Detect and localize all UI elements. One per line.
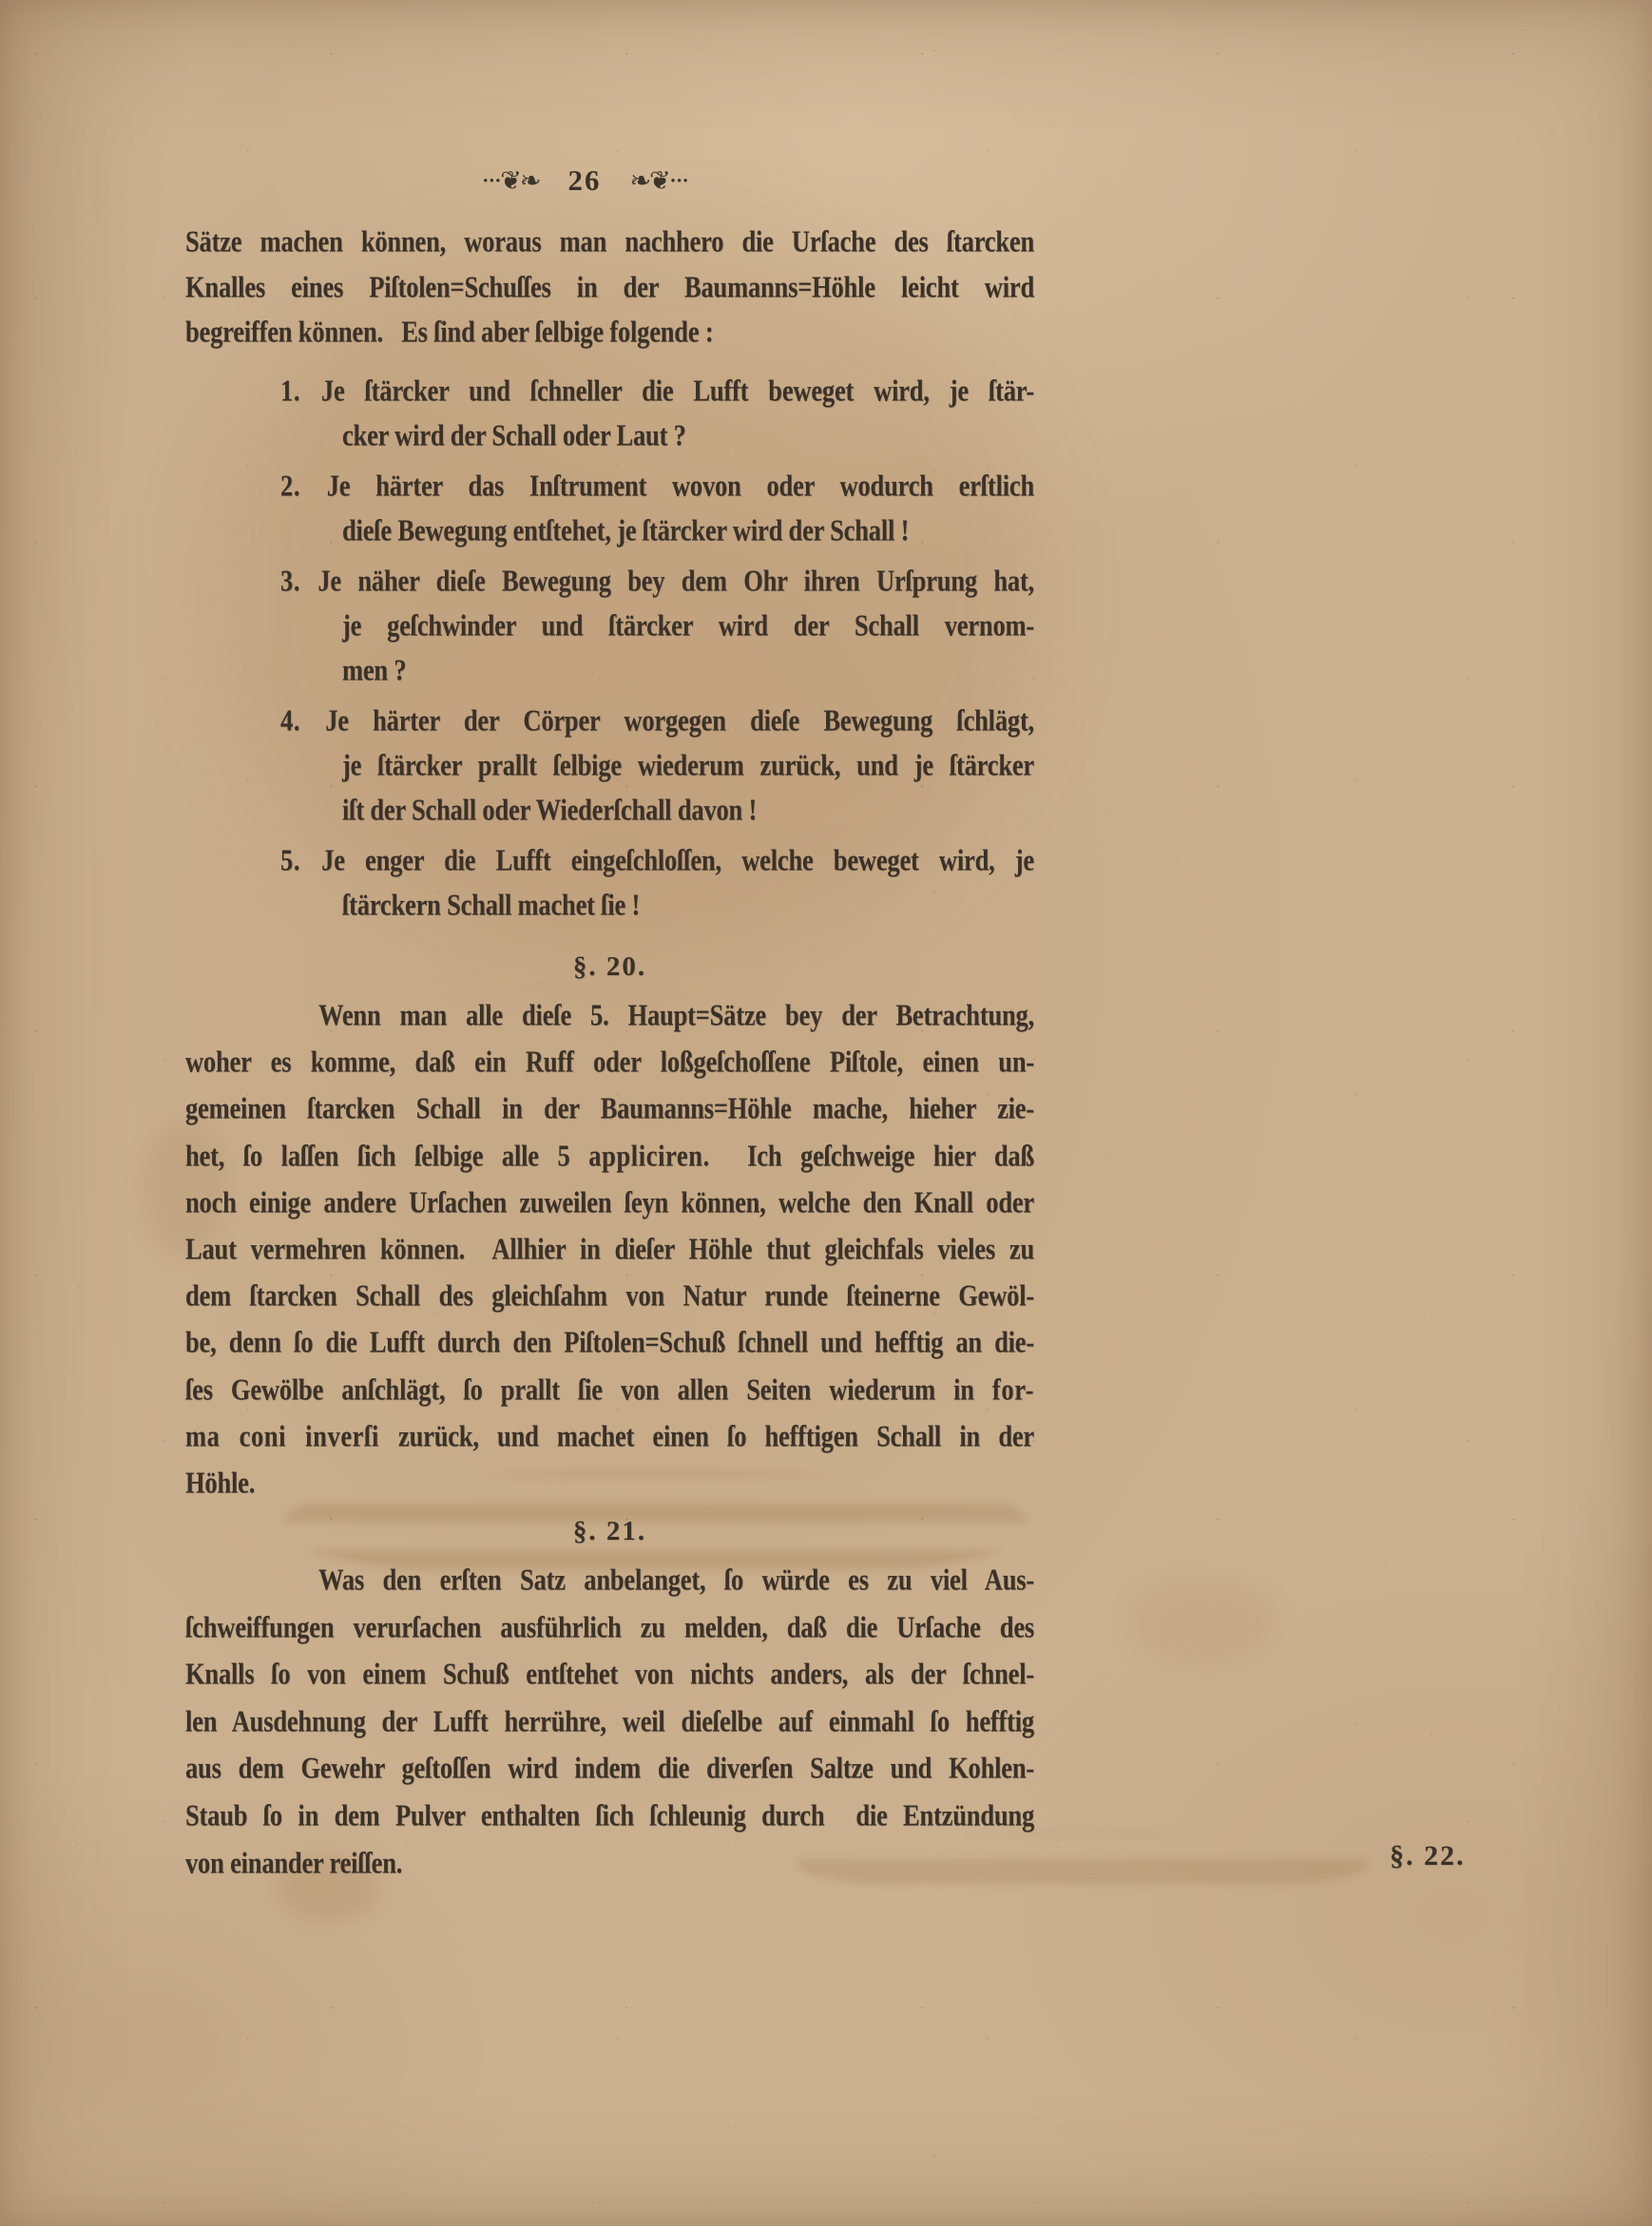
page-header: ···❦❧ 26 ❧❦··· [185,158,984,203]
text-line: iſt der Schall oder Wiederſchall davon ! [185,784,1034,836]
text-line: men ? [185,644,1034,697]
fraktur-text: zurück, und machet einen ſo hefftigen Sc… [398,1419,1034,1452]
section-21-paragraph: Was den erſten Satz anbelanget, ſo würde… [185,1557,1034,1887]
header-ornament-left-icon: ···❦❧ [482,166,540,196]
fraktur-text: Knalles eines Piſtolen=Schuſſes in der B… [185,270,1034,303]
next-section-mark: §. 22. [1390,1840,1466,1872]
section-20-heading: §. 20. [185,944,1034,989]
list-item: 2. Je härter das Inſtrument wovon oder w… [185,464,1034,553]
list-item: 1. Je ſtärcker und ſchneller die Lufft b… [185,369,1034,458]
text-line: ſtärckern Schall machet ſie ! [185,879,1034,931]
list-item: 5. Je enger die Lufft eingeſchloſſen, we… [185,838,1034,928]
text-line: von einander reiſſen. [185,1835,1034,1891]
section-21-heading: §. 21. [185,1508,1034,1554]
fraktur-text: ſes Gewölbe anſchlägt, ſo prallt ſie von… [185,1372,992,1406]
fraktur-text: noch einige andere Urſachen zuweilen ſey… [185,1185,1034,1219]
text-line: dieſe Bewegung entſtehet, je ſtärcker wi… [185,505,1034,557]
fraktur-text: dem ſtarcken Schall des gleichſahm von N… [185,1278,1034,1312]
fraktur-text: Sätze machen können, woraus man nachhero… [185,224,1034,258]
header-ornament-right-icon: ❧❦··· [630,166,688,196]
fraktur-text: Ich geſchweige hier daß [710,1139,1034,1172]
section-20-paragraph: Wenn man alle dieſe 5. Haupt=Sätze bey d… [185,992,1034,1506]
fraktur-text: Wenn man alle dieſe 5. Haupt=Sätze bey d… [318,998,1034,1031]
fraktur-text: Je enger die Lufft eingeſchloſſen, welch… [321,843,1034,876]
fraktur-text: be, denn ſo die Lufft durch den Piſtolen… [185,1326,1034,1359]
fraktur-text: je ſtärcker prallt ſelbige wiederum zurü… [342,748,1034,781]
fraktur-text: Was den erſten Satz anbelanget, ſo würde… [318,1563,1034,1596]
item-number: 1. [280,374,321,407]
scanned-book-page: ···❦❧ 26 ❧❦··· Sätze machen können, wora… [0,0,1652,2226]
list-item: 3. Je näher dieſe Bewegung bey dem Ohr i… [185,559,1034,693]
fraktur-text: men ? [342,653,406,686]
fraktur-text: len Ausdehnung der Lufft herrühre, weil … [185,1704,1034,1737]
fraktur-text: ſchweiffungen verurſachen ausführlich zu… [185,1610,1034,1643]
fraktur-text: Staub ſo in dem Pulver enthalten ſich ſc… [185,1798,1034,1832]
fraktur-text: Höhle. [185,1466,255,1499]
list-item: 4. Je härter der Cörper worgegen dieſe B… [185,699,1034,833]
roman-text: ma coni inverſi [185,1419,398,1452]
fraktur-text: ſtärckern Schall machet ſie ! [342,888,640,921]
roman-text: for- [992,1372,1034,1406]
fraktur-text: Je näher dieſe Bewegung bey dem Ohr ihre… [317,564,1034,597]
item-number: 2. [280,469,327,502]
text-line: begreiffen können. Es ſind aber ſelbige … [185,306,1034,359]
fraktur-text: Je ſtärcker und ſchneller die Lufft bewe… [321,374,1034,407]
fraktur-text: begreiffen können. Es ſind aber ſelbige … [185,315,713,348]
fraktur-text: Je härter der Cörper worgegen dieſe Bewe… [325,703,1034,737]
fraktur-text: het, ſo laſſen ſich ſelbige alle 5 [185,1139,588,1172]
fraktur-text: aus dem Gewehr geſtoſſen wird indem die … [185,1752,1034,1785]
page-content: ···❦❧ 26 ❧❦··· Sätze machen können, wora… [0,0,1652,2226]
fraktur-text: woher es komme, daß ein Ruff oder loßgeſ… [185,1045,1034,1078]
fraktur-text: Je härter das Inſtrument wovon oder wodu… [327,469,1034,502]
item-number: 4. [280,703,325,737]
item-number: 5. [280,843,321,876]
fraktur-text: Knalls ſo von einem Schuß entſtehet von … [185,1657,1034,1690]
fraktur-text: iſt der Schall oder Wiederſchall davon ! [342,793,757,826]
fraktur-text: cker wird der Schall oder Laut ? [342,418,686,451]
item-number: 3. [280,564,317,597]
fraktur-text: Laut vermehren können. Allhier in dieſer… [185,1232,1034,1265]
fraktur-text: dieſe Bewegung entſtehet, je ſtärcker wi… [342,513,909,547]
page-number: 26 [568,163,602,197]
theses-list: 1. Je ſtärcker und ſchneller die Lufft b… [185,369,1034,933]
fraktur-text: gemeinen ſtarcken Schall in der Baumanns… [185,1092,1034,1125]
fraktur-text: von einander reiſſen. [185,1846,402,1879]
fraktur-text: je geſchwinder und ſtärcker wird der Sch… [342,608,1034,642]
text-line: cker wird der Schall oder Laut ? [185,410,1034,462]
text-line: Höhle. [185,1455,1034,1510]
opening-paragraph: Sätze machen können, woraus man nachhero… [185,220,1034,355]
roman-text: appliciren. [588,1139,710,1172]
